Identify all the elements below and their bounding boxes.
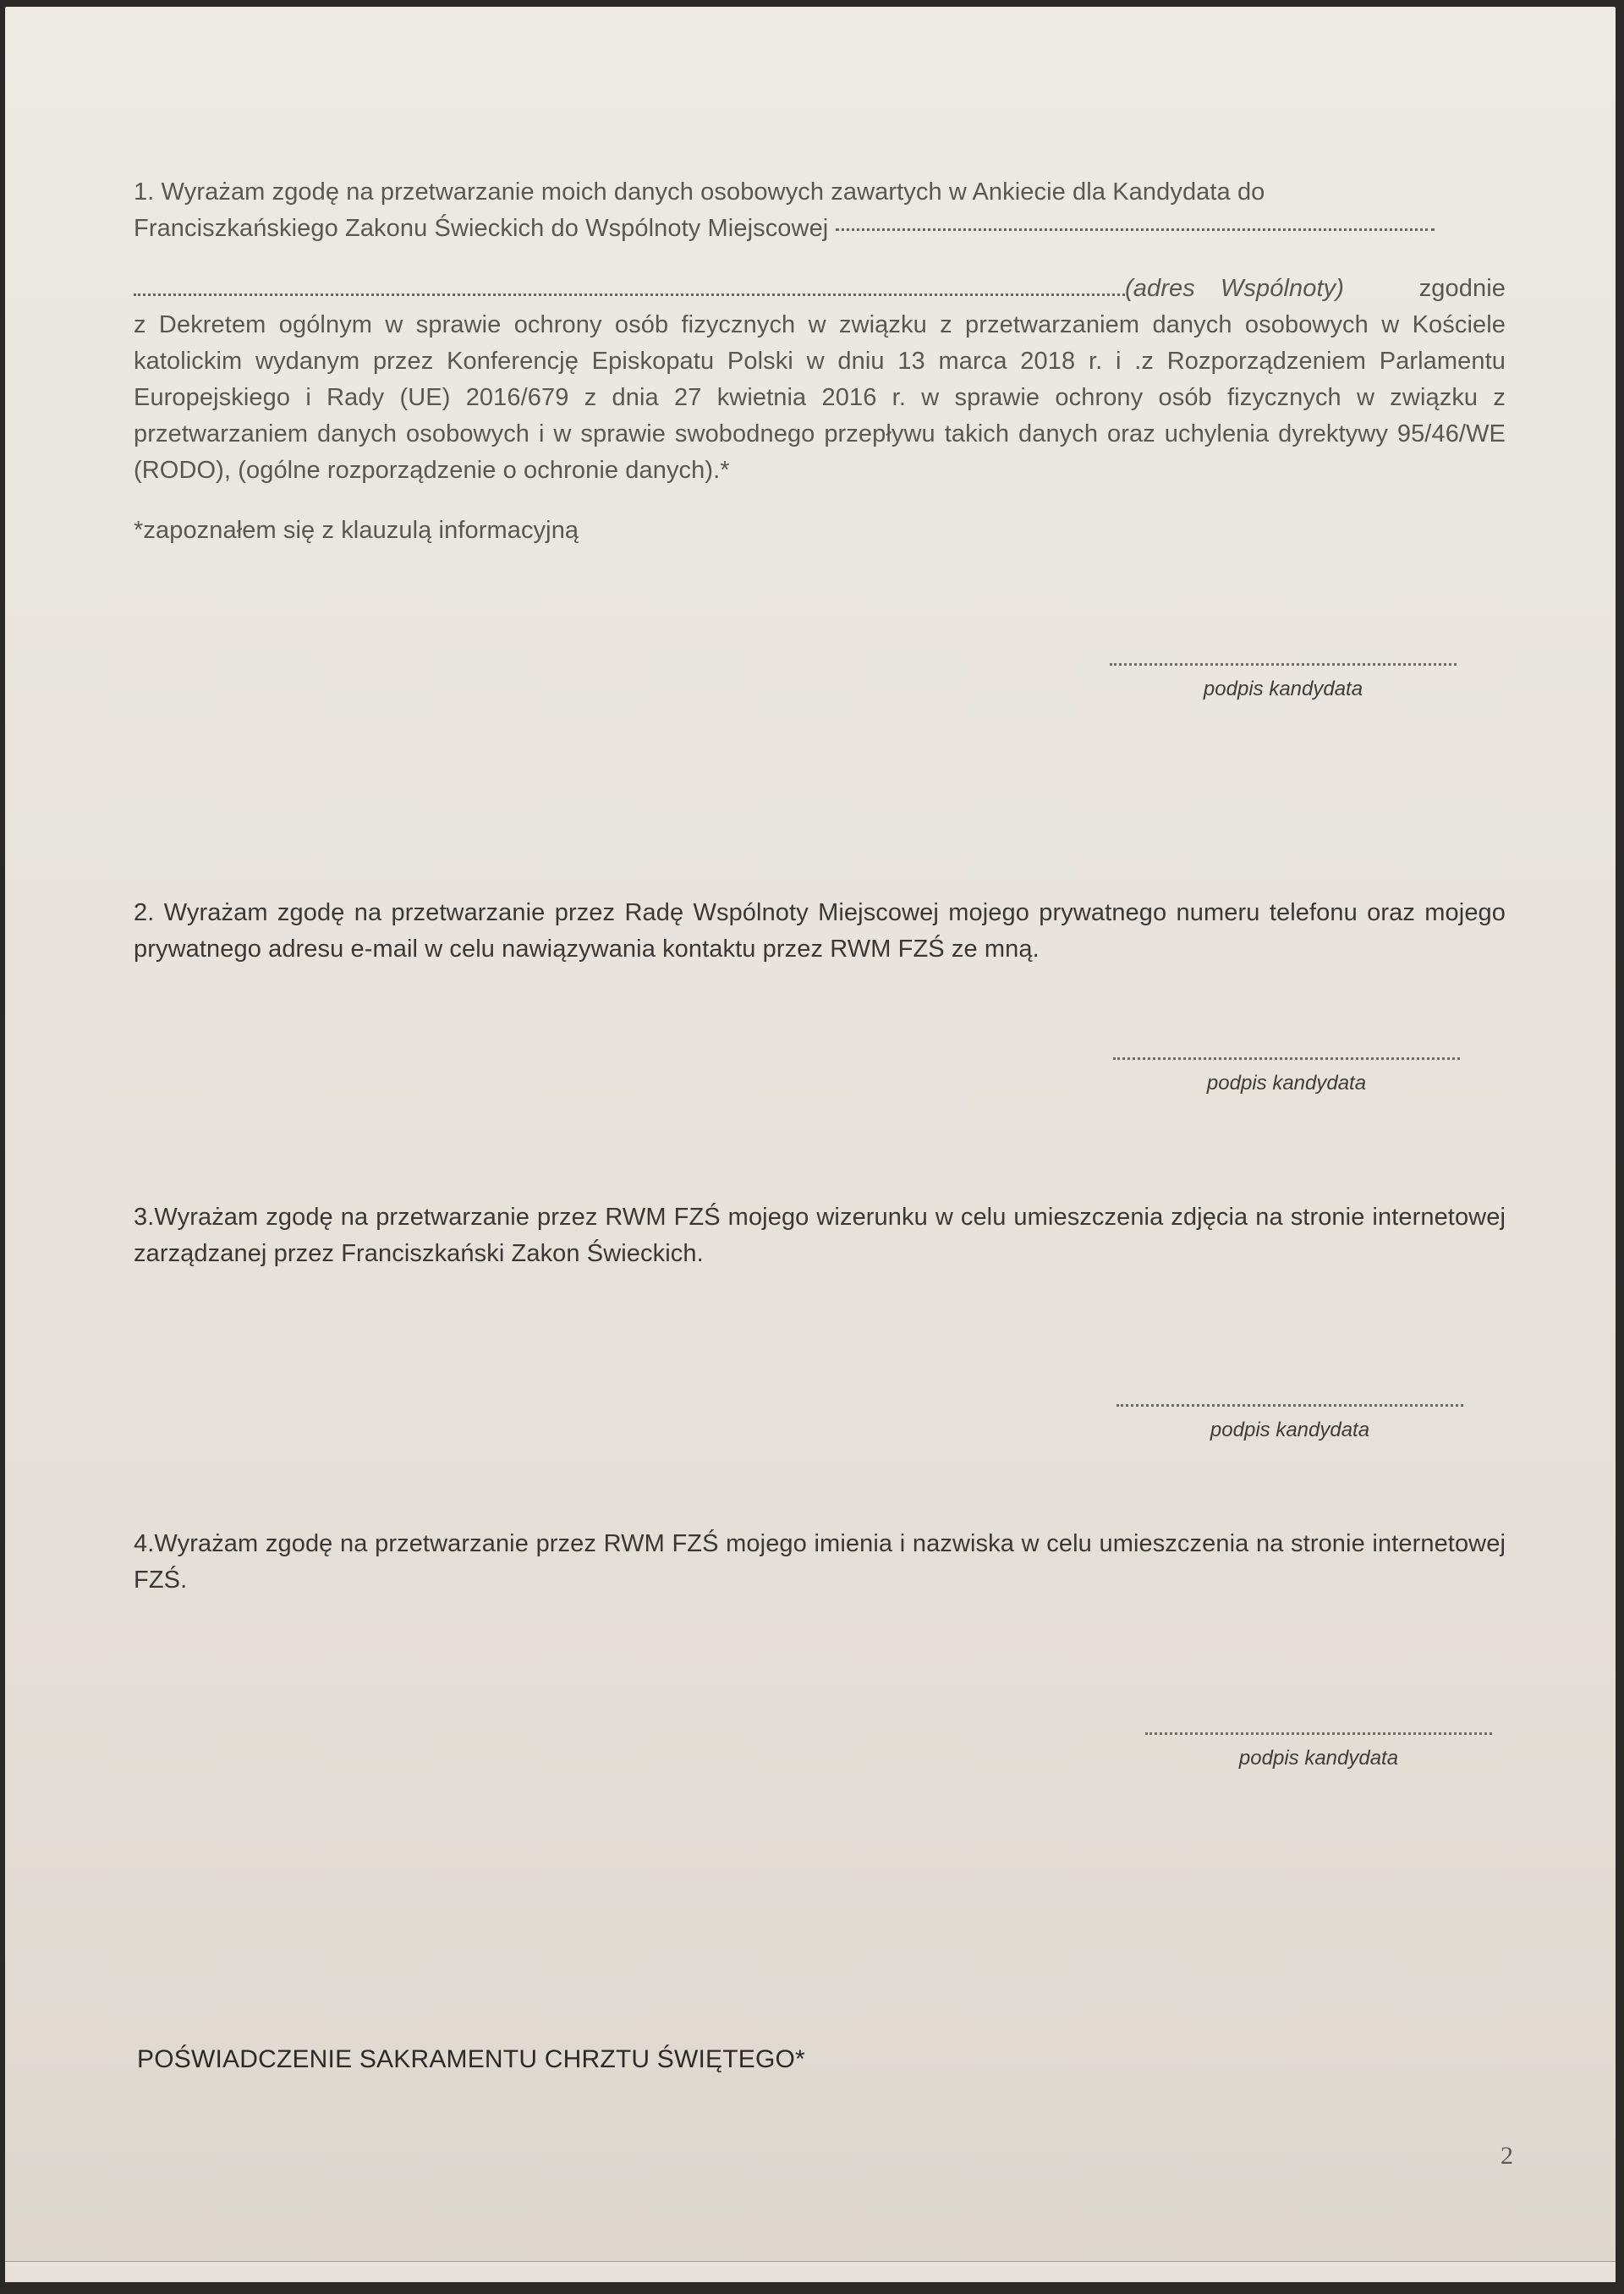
consent-4: 4.Wyrażam zgodę na przetwarzanie przez R…	[134, 1526, 1506, 1599]
signature-label-1: podpis kandydata	[1110, 678, 1457, 701]
community-address-blank[interactable]	[134, 294, 1125, 296]
signature-line-3[interactable]	[1116, 1404, 1463, 1407]
signature-line-2[interactable]	[1113, 1057, 1460, 1060]
consent-1: 1. Wyrażam zgodę na przetwarzanie moich …	[134, 174, 1506, 549]
consent-1-line1: 1. Wyrażam zgodę na przetwarzanie moich …	[134, 174, 1506, 211]
baptism-certificate-heading: POŚWIADCZENIE SAKRAMENTU CHRZTU ŚWIĘTEGO…	[137, 2045, 805, 2074]
signature-block-4: podpis kandydata	[1145, 1732, 1492, 1770]
consent-1-address-line: (adres Wspólnoty) zgodnie	[134, 271, 1506, 307]
document-page: 1. Wyrażam zgodę na przetwarzanie moich …	[5, 7, 1616, 2282]
consent-1-after-blank: zgodnie	[1419, 271, 1506, 307]
signature-block-3: podpis kandydata	[1116, 1404, 1463, 1442]
signature-line-4[interactable]	[1145, 1732, 1492, 1735]
consent-1-line2: Franciszkańskiego Zakonu Świeckich do Ws…	[134, 211, 1506, 247]
signature-block-1: podpis kandydata	[1110, 663, 1457, 701]
signature-label-3: podpis kandydata	[1116, 1419, 1463, 1442]
address-blank-label: (adres Wspólnoty)	[1125, 271, 1344, 307]
signature-block-2: podpis kandydata	[1113, 1057, 1460, 1095]
signature-label-2: podpis kandydata	[1113, 1072, 1460, 1095]
page-number: 2	[1501, 2142, 1513, 2171]
consent-1-body: z Dekretem ogólnym w sprawie ochrony osó…	[134, 307, 1506, 489]
signature-line-1[interactable]	[1110, 663, 1457, 666]
community-name-blank[interactable]	[836, 228, 1435, 231]
consent-2: 2. Wyrażam zgodę na przetwarzanie przez …	[134, 895, 1506, 968]
consent-3: 3.Wyrażam zgodę na przetwarzanie przez R…	[134, 1199, 1506, 1272]
consent-1-footnote: *zapoznałem się z klauzulą informacyjną	[134, 513, 1506, 549]
page-bottom-edge	[5, 2261, 1616, 2282]
signature-label-4: podpis kandydata	[1145, 1747, 1492, 1770]
